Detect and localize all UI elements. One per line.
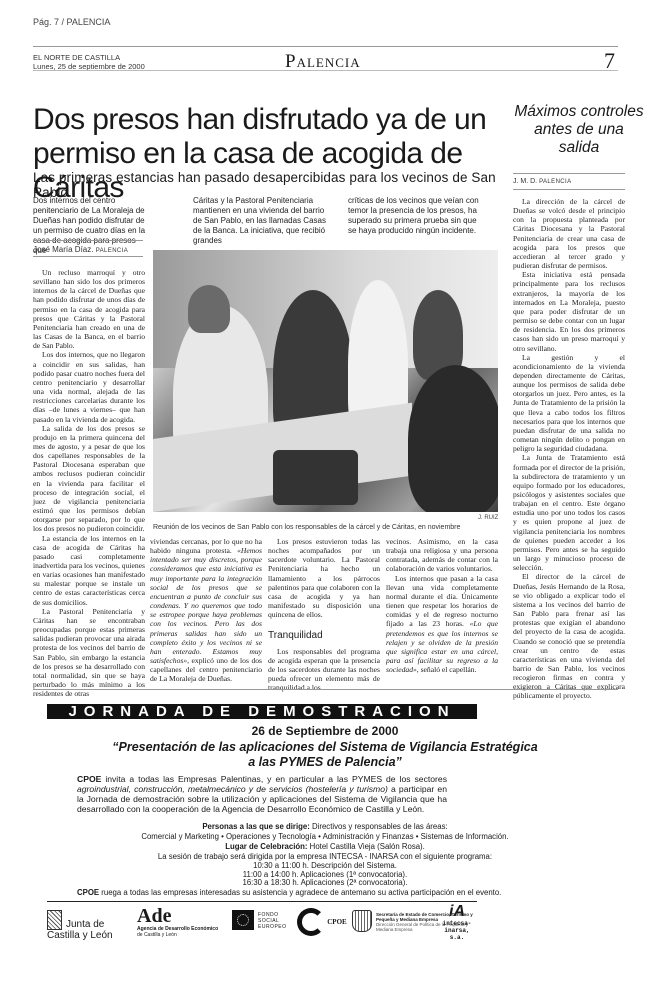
byline-author: José María Díaz.: [33, 245, 93, 254]
paragraph: La Pastoral Penitenciaria y Cáritas han …: [33, 607, 145, 699]
byline-rule-bottom: [33, 256, 143, 257]
ad-logo-rule: [47, 901, 477, 902]
paragraph: Los dos internos, que no llegaron a coin…: [33, 350, 145, 423]
org-name: CPOE: [77, 888, 99, 897]
masthead-top-rule: [33, 46, 618, 47]
ad-areas: Comercial y Marketing • Operaciones y Te…: [0, 832, 650, 842]
logo-text: Junta de: [66, 919, 104, 930]
photo-caption: Reunión de los vecinos de San Pablo con …: [153, 524, 460, 531]
byline-author: J. M. D.: [513, 178, 537, 185]
sponsor-logos: Junta de Castilla y León Ade Agencia de …: [47, 908, 477, 958]
coat-of-arms-icon: [47, 910, 62, 930]
paragraph: La estancia de los internos en la casa d…: [33, 534, 145, 607]
paper-name: EL NORTE DE CASTILLA: [33, 53, 145, 62]
ad-banner: JORNADA DE DEMOSTRACION: [47, 704, 477, 719]
byline-rule-top: [33, 240, 143, 241]
ade-mark: Ade: [137, 906, 218, 926]
byline-location: PALENCIA: [96, 248, 128, 254]
article-photo: [153, 250, 498, 512]
article-column-4: vecinos. Asimismo, en la casa trabaja un…: [386, 537, 498, 674]
ad-intro: CPOE invita a todas las Empresas Palenti…: [77, 774, 447, 814]
sidebar-body: La dirección de la cárcel de Dueñas se v…: [513, 197, 625, 701]
venue-label: Lugar de Celebración:: [225, 842, 307, 851]
masthead-bottom-rule: [33, 70, 618, 71]
page-label: Pág. 7 / PALENCIA: [33, 17, 110, 27]
sidebar-rule-top: [513, 173, 625, 174]
logo-intecsa-inarsa: iA intecsa-inarsa, s.a.: [437, 904, 477, 941]
lead-col-2: Cáritas y la Pastoral Penitenciaria mant…: [193, 196, 328, 246]
article-bottom-rule: [33, 689, 618, 690]
paragraph: La dirección de la cárcel de Dueñas se v…: [513, 197, 625, 270]
subheading: Tranquilidad: [268, 631, 380, 640]
eu-flag-icon: [232, 910, 254, 930]
paragraph: La gestión y el acondicionamiento de la …: [513, 353, 625, 454]
ad-date: 26 de Septiembre de 2000: [0, 724, 650, 738]
paragraph: Esta iniciativa está pensada principalme…: [513, 270, 625, 352]
audience-label: Personas a las que se dirige:: [202, 822, 309, 831]
quote: «Hemos intentado ser muy discretos, porq…: [150, 546, 262, 665]
paragraph: Los internos que pasan a la casa llevan …: [386, 574, 498, 675]
logo-ade: Ade Agencia de Desarrollo Económico de C…: [137, 906, 218, 938]
paragraph-text: , señaló el capellán.: [417, 665, 477, 674]
spain-coat-of-arms-icon: [352, 910, 372, 932]
logo-text: intecsa-inarsa, s.a.: [437, 920, 477, 941]
schedule-item: 16:30 a 18:30 h. Aplicaciones (2ª convoc…: [0, 879, 650, 888]
audience-text: Directivos y responsables de las áreas:: [310, 822, 448, 831]
article-column-2: viviendas cercanas, por lo que no ha hab…: [150, 537, 262, 684]
logo-text: Castilla y León: [47, 930, 113, 941]
org-name: CPOE: [77, 774, 101, 784]
ad-text: invita a todas las Empresas Palentinas, …: [101, 774, 447, 784]
ad-title-line-2: a las PYMES de Palencia”: [0, 755, 650, 770]
ad-venue: Lugar de Celebración: Hotel Castilla Vie…: [0, 842, 650, 852]
logo-cpoe: CPOE: [297, 908, 347, 936]
photo-figure: [188, 285, 230, 333]
paragraph: La salida de los dos presos se produjo e…: [33, 424, 145, 534]
photo-bag: [273, 450, 358, 505]
venue-text: Hotel Castilla Vieja (Salón Rosa).: [308, 842, 425, 851]
article-column-3: Los presos estuvieron todas las noches a…: [268, 537, 380, 692]
logo-junta-castilla-leon: Junta de Castilla y León: [47, 910, 113, 941]
logo-text: FONDO SOCIAL EUROPEO: [258, 912, 288, 930]
masthead-paper-info: EL NORTE DE CASTILLA Lunes, 25 de septie…: [33, 53, 145, 71]
paragraph: La Junta de Tratamiento está formada por…: [513, 453, 625, 572]
ad-sectors: agroindustrial, construcción, metalmecán…: [77, 784, 388, 794]
cpoe-mark: CPOE: [327, 918, 346, 926]
cpoe-c-icon: [297, 908, 325, 936]
ad-text: ruega a todas las empresas interesadas s…: [99, 888, 501, 897]
lead-col-3: críticas de los vecinos que veían con te…: [348, 196, 483, 236]
article-column-1: Un recluso marroquí y otro sevillano han…: [33, 268, 145, 698]
ad-footer: CPOE ruega a todas las empresas interesa…: [77, 888, 507, 897]
paragraph: Los responsables del programa de acogida…: [268, 647, 380, 693]
byline-location: PALENCIA: [539, 179, 571, 185]
sidebar-byline: J. M. D. PALENCIA: [513, 178, 572, 185]
paragraph: viviendas cercanas, por lo que no ha hab…: [150, 537, 262, 684]
photo-credit: J. RUIZ: [478, 515, 498, 521]
photo-figure: [408, 365, 498, 512]
logo-text: de Castilla y León: [137, 932, 218, 938]
paragraph: Un recluso marroquí y otro sevillano han…: [33, 268, 145, 350]
paragraph: El director de la cárcel de Dueñas, Jesú…: [513, 572, 625, 700]
ad-title: “Presentación de las aplicaciones del Si…: [0, 740, 650, 770]
article-byline: José María Díaz. PALENCIA: [33, 245, 128, 254]
paragraph: vecinos. Asimismo, en la casa trabaja un…: [386, 537, 498, 574]
sidebar-title: Máximos controles antes de una salida: [513, 103, 645, 157]
paragraph: Los presos estuvieron todas las noches a…: [268, 537, 380, 619]
intecsa-mark-icon: iA: [437, 904, 477, 920]
ad-audience: Personas a las que se dirige: Directivos…: [0, 822, 650, 832]
ad-title-line-1: “Presentación de las aplicaciones del Si…: [0, 740, 650, 755]
sidebar-rule-bottom: [513, 189, 625, 190]
ad-schedule: 10:30 a 11:00 h. Descripción del Sistema…: [0, 862, 650, 888]
